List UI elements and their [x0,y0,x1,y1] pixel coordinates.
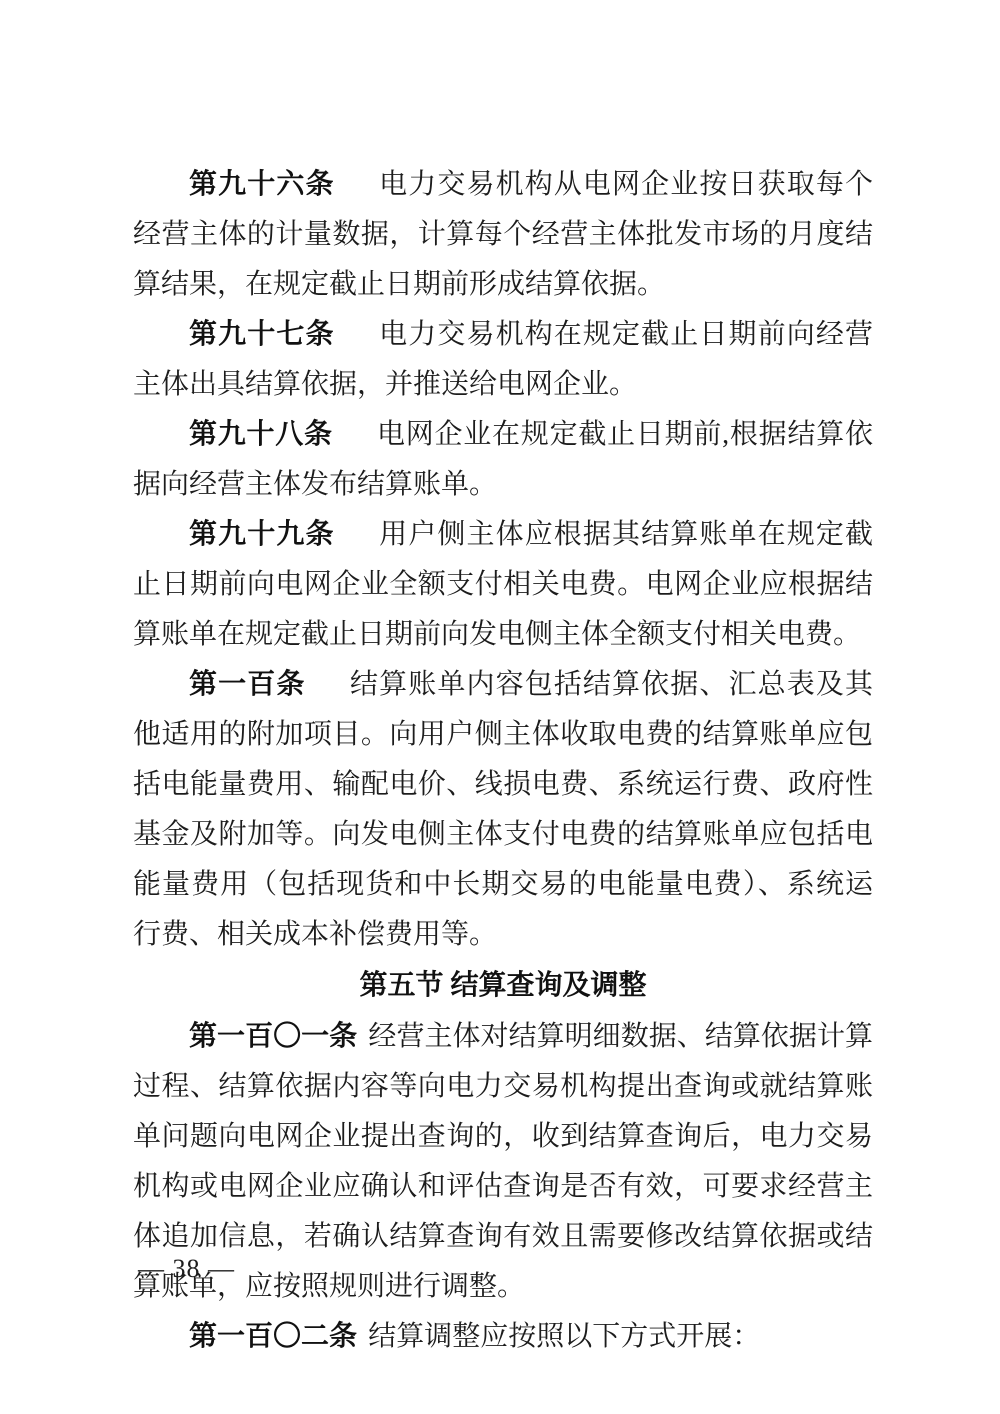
article-97-number: 第九十七条 [189,319,335,350]
article-101-number: 第一百〇一条 [189,1021,357,1052]
article-102-text: 结算调整应按照以下方式开展： [368,1321,760,1352]
article-99: 第九十九条用户侧主体应根据其结算账单在规定截止日期前向电网企业全额支付相关电费。… [133,510,873,660]
article-98: 第九十八条电网企业在规定截止日期前,根据结算依据向经营主体发布结算账单。 [133,410,873,510]
article-100-text: 结算账单内容包括结算依据、汇总表及其他适用的附加项目。向用户侧主体收取电费的结算… [133,669,873,950]
article-101-text: 经营主体对结算明细数据、结算依据计算过程、结算依据内容等向电力交易机构提出查询或… [133,1021,873,1302]
article-97: 第九十七条电力交易机构在规定截止日期前向经营主体出具结算依据，并推送给电网企业。 [133,310,873,410]
document-content: 第九十六条电力交易机构从电网企业按日获取每个经营主体的计量数据，计算每个经营主体… [133,160,873,1362]
article-99-number: 第九十九条 [189,519,335,550]
section-heading: 第五节 结算查询及调整 [133,960,873,1012]
document-page: 第九十六条电力交易机构从电网企业按日获取每个经营主体的计量数据，计算每个经营主体… [0,0,1000,1414]
article-96-number: 第九十六条 [189,169,335,200]
article-100-number: 第一百条 [189,669,305,700]
article-101: 第一百〇一条经营主体对结算明细数据、结算依据计算过程、结算依据内容等向电力交易机… [133,1012,873,1312]
page-number-footer: — 38 — [138,1252,235,1286]
article-96: 第九十六条电力交易机构从电网企业按日获取每个经营主体的计量数据，计算每个经营主体… [133,160,873,310]
article-98-number: 第九十八条 [189,419,333,450]
article-102: 第一百〇二条结算调整应按照以下方式开展： [133,1312,873,1362]
article-100: 第一百条结算账单内容包括结算依据、汇总表及其他适用的附加项目。向用户侧主体收取电… [133,660,873,960]
article-102-number: 第一百〇二条 [189,1321,357,1352]
